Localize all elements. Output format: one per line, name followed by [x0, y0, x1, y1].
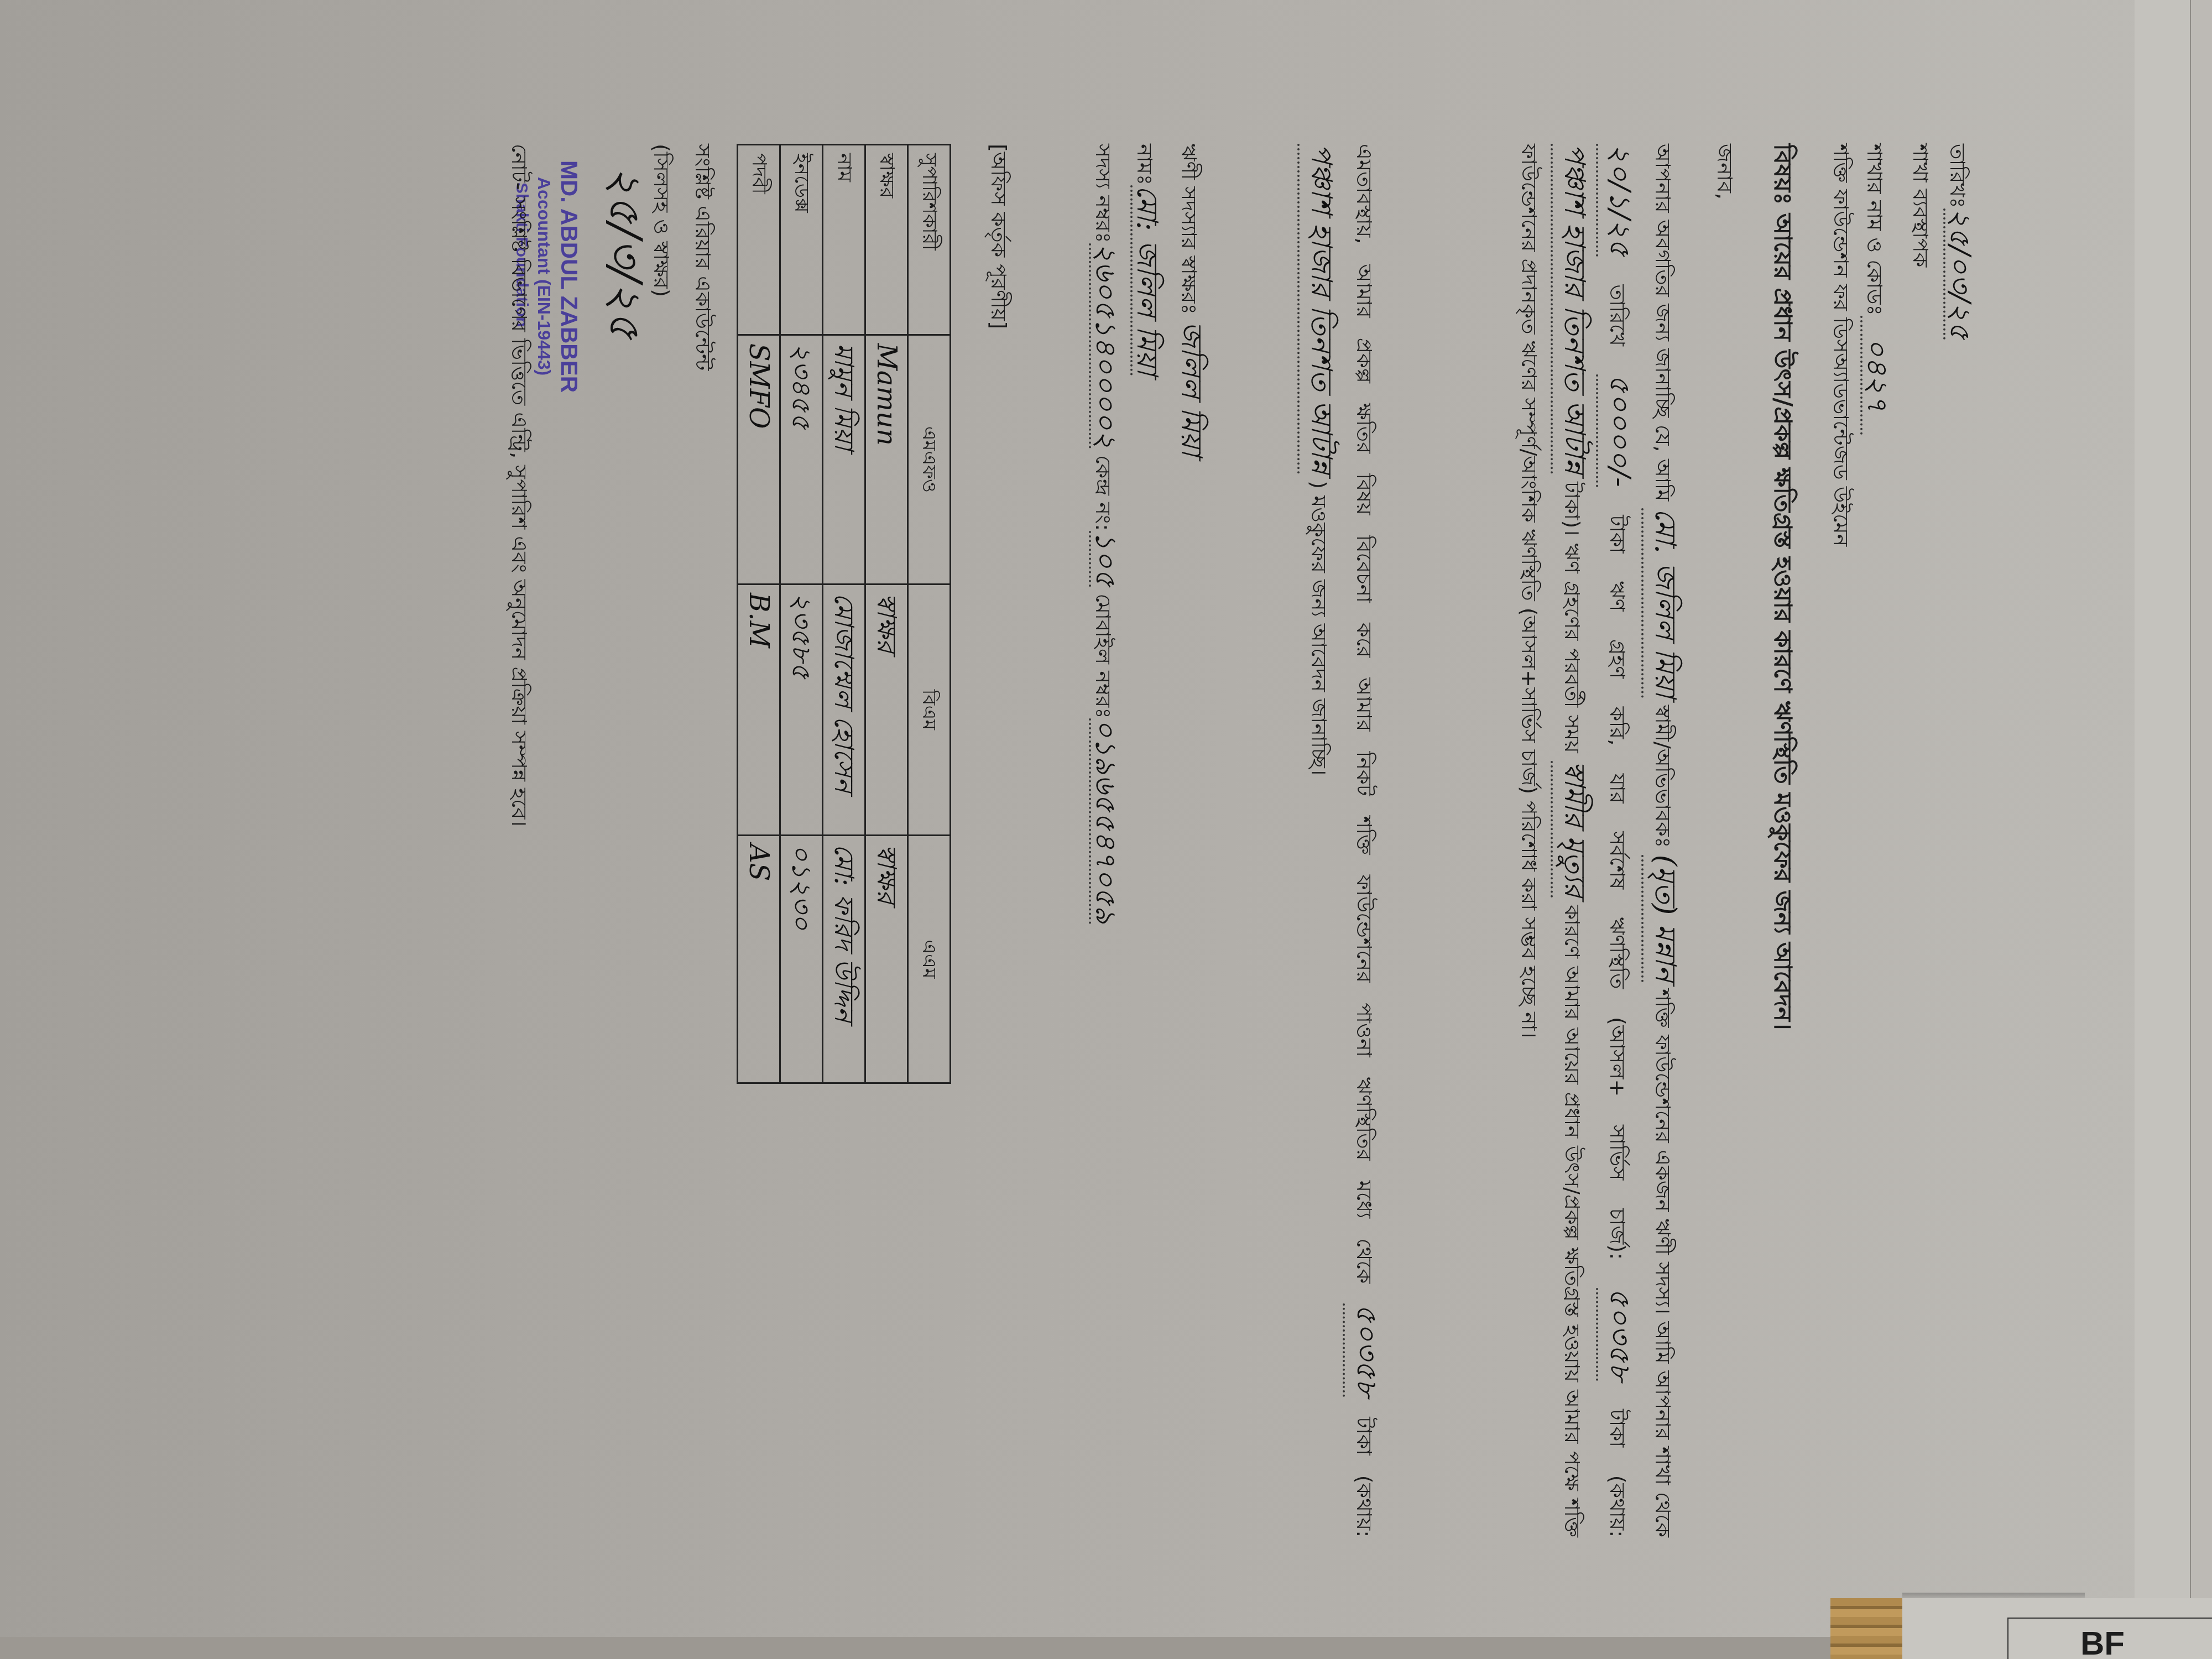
row-label: নাম [823, 145, 865, 335]
member-name: মো: জলিল মিয়া [1130, 185, 1161, 375]
table-cell: ০১২৩০ [780, 835, 823, 1083]
loan-balance: ৫০৩৫৮ [1596, 1288, 1641, 1381]
cell-value: এমএফও [918, 426, 940, 493]
text: শক্তি ফাউন্ডেশনের একজন ঋণী সদস্য। আমি আপ… [1651, 989, 1675, 1537]
organization-name: শক্তি ফাউন্ডেশন ফর ডিসঅ্যাডভান্টেজড উইমে… [1830, 144, 1851, 546]
cell-value: মামুন মিয়া [828, 343, 859, 451]
table-cell: B.M [738, 585, 780, 836]
loan-amount: ৫০০০০/- [1596, 374, 1641, 487]
cell-value: AS [743, 844, 774, 881]
table-cell: স্বাক্ষর [865, 585, 908, 836]
column-header: বিএম [908, 585, 951, 836]
underlying-sheet: শ ট প ম । । ল । ম । । ট প ক ক শ ল ফ প্র [2190, 0, 2212, 1604]
table-cell: মো: ফরিদ উদ্দিন [823, 835, 865, 1083]
waiver-amount-words: পঞ্চাশ হাজার তিনশত আটান্ন [1297, 144, 1343, 474]
center-number: ১০৫ [1089, 531, 1120, 587]
footer-note: নোট- সংশ্লিষ্ট বিভাগের ভিত্তিতে এন্ট্রি,… [509, 144, 530, 827]
branch-line: শাখার নাম ও কোডঃ০৪২৭ [1860, 144, 1891, 435]
cell-value: বিএম [918, 690, 940, 730]
table-row: ইনডেক্স২৩৪৫৫২৩৫৮৫০১২৩০ [780, 145, 823, 1083]
table-cell: ২৩৫৮৫ [780, 585, 823, 836]
office-approval-table: সুপারিশকারীএমএফওবিএমএএমস্বাক্ষরMamunস্বা… [737, 144, 951, 1084]
cell-value: B.M [743, 593, 774, 648]
branch-label: শাখার নাম ও কোডঃ [1863, 144, 1887, 316]
member-id: ২৬০৫১৪০০০০২ [1089, 243, 1120, 449]
text: এমতাবস্থায়, আমার প্রকল্প ক্ষতির বিষয় ব… [1352, 144, 1376, 1284]
cell-value: Mamun [871, 343, 902, 446]
paragraph-1: আপনার অবগতির জন্য জানাচ্ছি যে, আমি মো. জ… [1507, 144, 1687, 1537]
table-row: স্বাক্ষরMamunস্বাক্ষরস্বাক্ষর [865, 145, 908, 1083]
table-cell: Mamun [865, 335, 908, 584]
wooden-surface [1830, 1598, 1902, 1659]
text: টাকা (কথায়: [1605, 1409, 1630, 1537]
table-cell: মোজাম্মেল হোসেন [823, 585, 865, 836]
accountant-stamp-name: MD. ABDUL ZABBER [557, 160, 581, 393]
loan-balance-words: পঞ্চাশ হাজার তিনশত আটান্ন [1551, 144, 1596, 474]
member-signature: জলিল মিয়া [1175, 321, 1208, 457]
member-name-line: নামঃমো: জলিল মিয়া [1130, 144, 1161, 375]
date-value: ২৫/০৩/২৫ [1943, 208, 1974, 340]
column-header: এমএফও [908, 335, 951, 584]
underlying-form-text: BF [2080, 1624, 2125, 1659]
text: স্বামী/অভিভাবকঃ [1651, 705, 1675, 848]
accountant-title: সংশ্লিষ্ট এরিয়ার একাউন্টেন্ট [692, 144, 713, 371]
mobile-label: মোবাইল নম্বরঃ [1091, 593, 1115, 718]
cell-value: ০১২৩০ [786, 844, 817, 930]
guardian-name: (মৃত) মন্নান [1641, 855, 1687, 982]
row-label: পদবী [738, 145, 780, 335]
accountant-signature: ২৫/৩/২৫ [603, 166, 647, 340]
branch-code: ০৪২৭ [1860, 316, 1891, 435]
accountant-stamp-role: Accountant (EIN-19443) [535, 177, 553, 375]
recipient-title: শাখা ব্যবস্থাপক [1910, 144, 1931, 267]
table-row: নামমামুন মিয়ামোজাম্মেল হোসেনমো: ফরিদ উদ… [823, 145, 865, 1083]
application-form: তারিখঃ২৫/০৩/২৫ শাখা ব্যবস্থাপক শাখার নাম… [205, 144, 1974, 1559]
cell-value: ২৩৫৮৫ [786, 593, 817, 679]
text: টাকা ঋণ গ্রহণ করি, যার সর্বশেষ ঋণস্থিতি … [1605, 515, 1630, 1260]
member-name-label: নামঃ [1133, 144, 1157, 185]
office-section-title: [অফিস কর্তৃক পূরণীয়] [988, 144, 1009, 329]
row-label: স্বাক্ষর [865, 145, 908, 335]
table-cell: SMFO [738, 335, 780, 584]
column-header: এএম [908, 835, 951, 1083]
table-cell: স্বাক্ষর [865, 835, 908, 1083]
text: আপনার অবগতির জন্য জানাচ্ছি যে, আমি [1651, 144, 1675, 501]
text: ) মওকুফের জন্য আবেদন জানাচ্ছি। [1307, 481, 1331, 775]
cell-value: মো: ফরিদ উদ্দিন [828, 844, 859, 1022]
member-signature-line: ঋণী সদস্যার স্বাক্ষরঃ জলিল মিয়া [1177, 144, 1206, 457]
cell-value: স্বাক্ষর [871, 844, 902, 904]
text: টাকা (কথায়: [1352, 1417, 1376, 1537]
table-cell: মামুন মিয়া [823, 335, 865, 584]
damage-reason: স্বামীর মৃত্যুর [1551, 761, 1596, 898]
cell-value: ২৩৪৫৫ [786, 343, 817, 430]
mobile-number: ০১৯৬৫৫৪৭০৫৯ [1089, 718, 1120, 924]
waiver-amount: ৫০৩৫৮ [1343, 1303, 1388, 1397]
loan-date: ২০/১/২৫ [1596, 144, 1641, 257]
date-label: তারিখঃ [1945, 144, 1970, 208]
table-row: পদবীSMFOB.MAS [738, 145, 780, 1083]
cell-value: এএম [918, 940, 940, 979]
member-signature-label: ঋণী সদস্যার স্বাক্ষরঃ [1177, 144, 1201, 315]
text: টাকা)। ঋণ গ্রহণের পরবর্তী সময় [1560, 482, 1584, 753]
table-row: সুপারিশকারীএমএফওবিএমএএম [908, 145, 951, 1083]
subject-line: বিষয়ঃ আয়ের প্রধান উৎস/প্রকল্প ক্ষতিগ্র… [1770, 144, 1794, 1030]
applicant-name: মো. জলিল মিয়া [1641, 508, 1687, 698]
cell-value: মোজাম্মেল হোসেন [828, 593, 859, 792]
center-label: কেন্দ্র নং: [1091, 455, 1115, 531]
salutation: জনাব, [1714, 144, 1735, 200]
member-id-label: সদস্য নম্বরঃ [1091, 144, 1115, 243]
paragraph-2: এমতাবস্থায়, আমার প্রকল্প ক্ষতির বিষয় ব… [1297, 144, 1388, 1537]
date-line: তারিখঃ২৫/০৩/২৫ [1943, 144, 1974, 340]
cell-value: SMFO [743, 343, 774, 429]
table-cell: ২৩৪৫৫ [780, 335, 823, 584]
accountant-instruction: (সিলসহ ও স্বাক্ষর) [651, 144, 672, 297]
cell-value: স্বাক্ষর [871, 593, 902, 653]
underlying-form-box: BF [2007, 1618, 2212, 1659]
row-label: ইনডেক্স [780, 145, 823, 335]
text: তারিখে [1605, 285, 1630, 347]
member-id-line: সদস্য নম্বরঃ২৬০৫১৪০০০০২ কেন্দ্র নং:১০৫ ম… [1089, 144, 1120, 924]
row-label: সুপারিশকারী [908, 145, 951, 335]
table-cell: AS [738, 835, 780, 1083]
